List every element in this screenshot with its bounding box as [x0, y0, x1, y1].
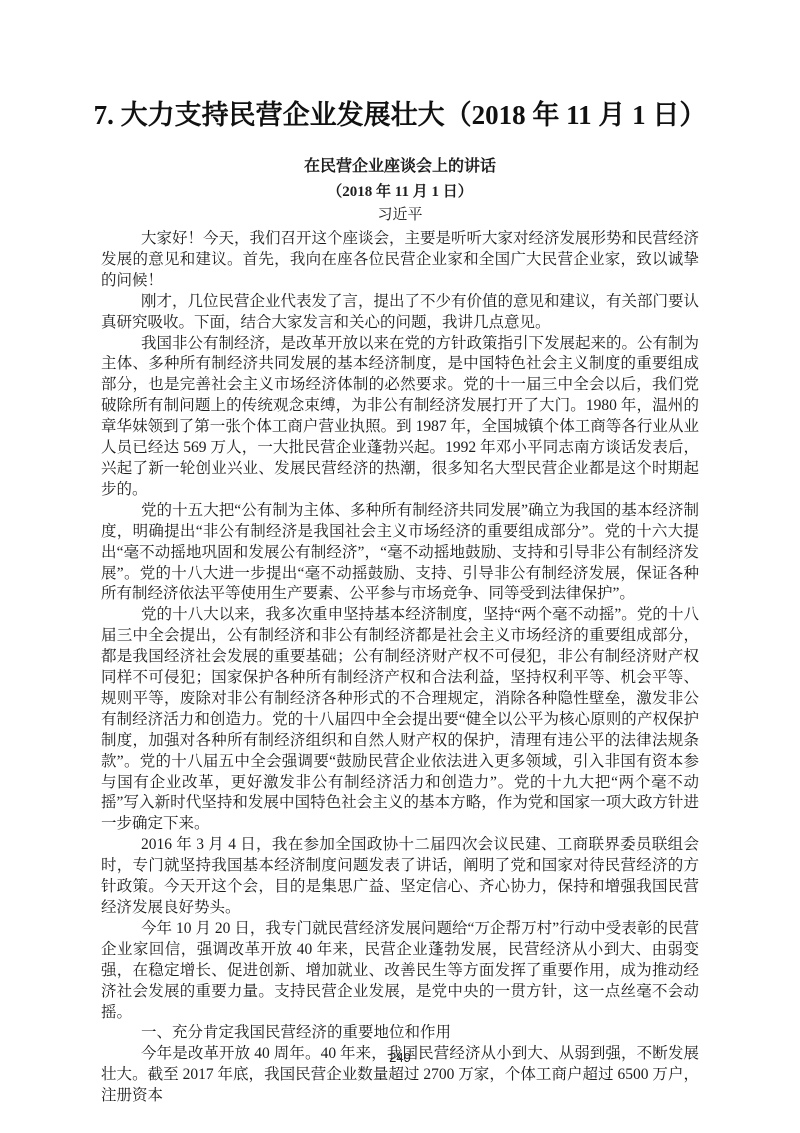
speech-title: 在民营企业座谈会上的讲话 [0, 157, 800, 177]
document-body: 大家好！今天，我们召开这个座谈会，主要是听听大家对经济发展形势和民营经济发展的意… [101, 229, 699, 1107]
paragraph-history-reform: 我国非公有制经济，是改革开放以来在党的方针政策指引下发展起来的。公有制为主体、多… [101, 334, 699, 501]
section-heading-1: 一、充分肯定我国民营经济的重要地位和作用 [101, 1023, 699, 1044]
speech-date: （2018 年 11 月 1 日） [0, 183, 800, 201]
paragraph-reply-letter: 今年 10 月 20 日，我专门就民营经济发展问题给“万企帮万村”行动中受表彰的… [101, 919, 699, 1024]
paragraph-opening-remarks: 刚才，几位民营企业代表发了言，提出了不少有价值的意见和建议，有关部门要认真研究吸… [101, 292, 699, 334]
page-number: 249 [0, 1050, 800, 1065]
document-page: 7. 大力支持民营企业发展壮大（2018 年 11 月 1 日） 在民营企业座谈… [0, 0, 800, 1133]
speech-author: 习近平 [0, 206, 800, 224]
paragraph-party-congress-15: 党的十五大把“公有制为主体、多种所有制经济共同发展”确立为我国的基本经济制度，明… [101, 501, 699, 606]
paragraph-2016-speech: 2016 年 3 月 4 日，我在参加全国政协十二届四次会议民建、工商联界委员联… [101, 835, 699, 919]
document-title: 7. 大力支持民营企业发展壮大（2018 年 11 月 1 日） [0, 0, 800, 132]
paragraph-greeting: 大家好！今天，我们召开这个座谈会，主要是听听大家对经济发展形势和民营经济发展的意… [101, 229, 699, 292]
paragraph-party-congress-18: 党的十八大以来，我多次重申坚持基本经济制度，坚持“两个毫不动摇”。党的十八届三中… [101, 605, 699, 835]
